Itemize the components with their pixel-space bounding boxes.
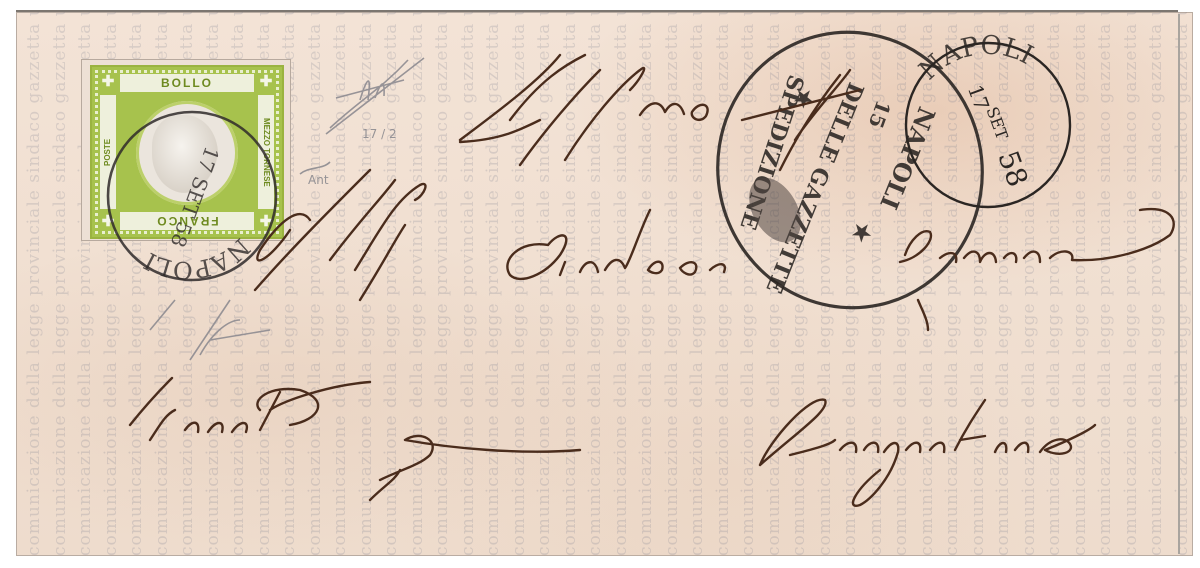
oval-postmark-text: SPEDIZIONE DELLE GAZZETTE 15 NAPOLI ★ ★	[734, 72, 941, 297]
svg-text:17 SET 58: 17 SET 58	[166, 143, 225, 250]
svg-text:15: 15	[864, 97, 896, 131]
svg-text:NAPOLI: NAPOLI	[140, 233, 256, 285]
svg-text:NAPOLI: NAPOLI	[914, 31, 1038, 86]
handwritten-address	[130, 55, 1174, 506]
svg-text:SET: SET	[983, 104, 1012, 142]
svg-text:58: 58	[991, 146, 1034, 191]
svg-text:★: ★	[846, 219, 877, 247]
pencil-note: 17 / 2	[362, 127, 397, 141]
markings-layer: NAPOLI 17 SET 58 SPEDIZIONE DELLE GAZZET…	[0, 0, 1200, 568]
pencil-note: Ant	[308, 173, 329, 187]
datestamp-on-stamp-text: NAPOLI 17 SET 58	[140, 143, 256, 284]
